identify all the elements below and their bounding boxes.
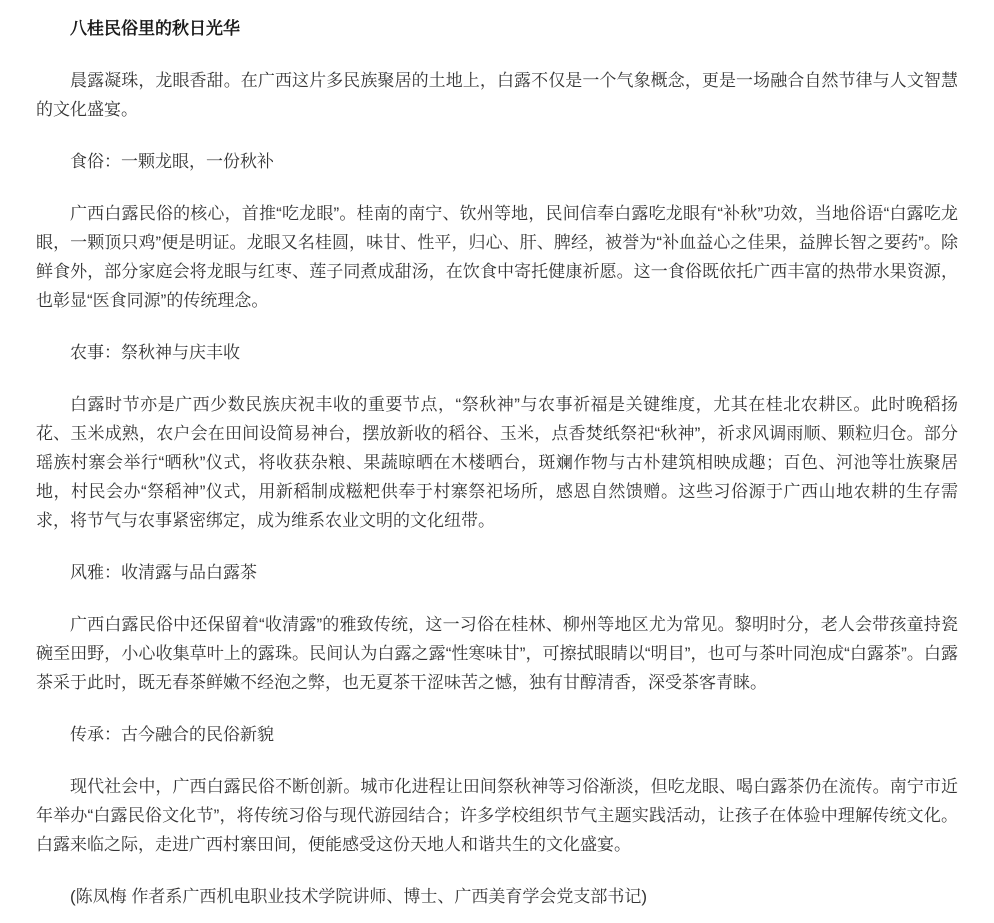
paragraph-elegance: 广西白露民俗中还保留着“收清露”的雅致传统，这一习俗在桂林、柳州等地区尤为常见。…	[36, 610, 958, 697]
section-heading-farming: 农事：祭秋神与庆丰收	[36, 338, 958, 367]
section-heading-food-custom: 食俗：一颗龙眼，一份秋补	[36, 147, 958, 176]
section-heading-elegance: 风雅：收清露与品白露茶	[36, 558, 958, 587]
paragraph-inheritance: 现代社会中，广西白露民俗不断创新。城市化进程让田间祭秋神等习俗渐淡，但吃龙眼、喝…	[36, 772, 958, 859]
article: 八桂民俗里的秋日光华 晨露凝珠，龙眼香甜。在广西这片多民族聚居的土地上，白露不仅…	[0, 0, 994, 911]
paragraph-food-custom: 广西白露民俗的核心，首推“吃龙眼”。桂南的南宁、钦州等地，民间信奉白露吃龙眼有“…	[36, 199, 958, 315]
paragraph-farming: 白露时节亦是广西少数民族庆祝丰收的重要节点，“祭秋神”与农事祈福是关键维度，尤其…	[36, 390, 958, 535]
section-heading-inheritance: 传承：古今融合的民俗新貌	[36, 720, 958, 749]
paragraph-intro: 晨露凝珠，龙眼香甜。在广西这片多民族聚居的土地上，白露不仅是一个气象概念，更是一…	[36, 66, 958, 124]
article-title: 八桂民俗里的秋日光华	[36, 14, 958, 43]
byline: (陈凤梅 作者系广西机电职业技术学院讲师、博士、广西美育学会党支部书记)	[36, 882, 958, 911]
